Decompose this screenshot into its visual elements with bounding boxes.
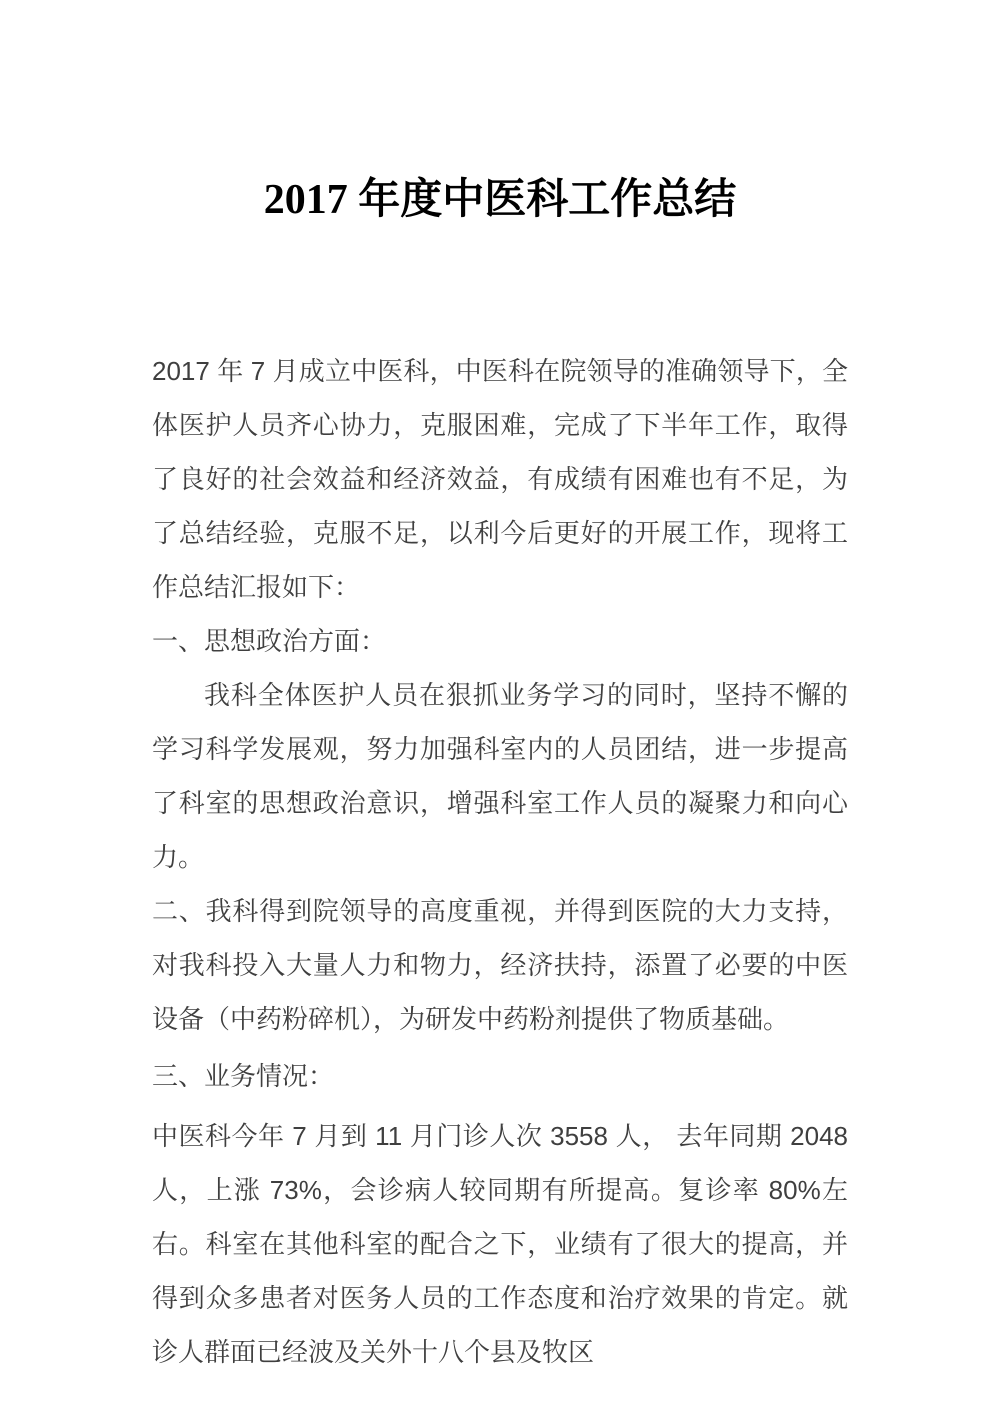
section-heading-3: 三、业务情况： <box>152 1049 848 1103</box>
paragraph-section-2: 二、我科得到院领导的高度重视，并得到医院的大力支持，对我科投入大量人力和物力，经… <box>152 884 848 1046</box>
document-title: 2017 年度中医科工作总结 <box>152 178 848 222</box>
section-heading-1: 一、思想政治方面： <box>152 614 848 668</box>
paragraph-section-3: 中医科今年 7 月到 11 月门诊人次 3558 人， 去年同期 2048 人，… <box>152 1109 848 1379</box>
document-body: 2017 年 7 月成立中医科，中医科在院领导的准确领导下，全体医护人员齐心协力… <box>152 344 848 1379</box>
paragraph-intro: 2017 年 7 月成立中医科，中医科在院领导的准确领导下，全体医护人员齐心协力… <box>152 344 848 614</box>
document-page: 2017 年度中医科工作总结 2017 年 7 月成立中医科，中医科在院领导的准… <box>0 0 1000 1415</box>
paragraph-section-1: 我科全体医护人员在狠抓业务学习的同时，坚持不懈的学习科学发展观，努力加强科室内的… <box>152 668 848 884</box>
